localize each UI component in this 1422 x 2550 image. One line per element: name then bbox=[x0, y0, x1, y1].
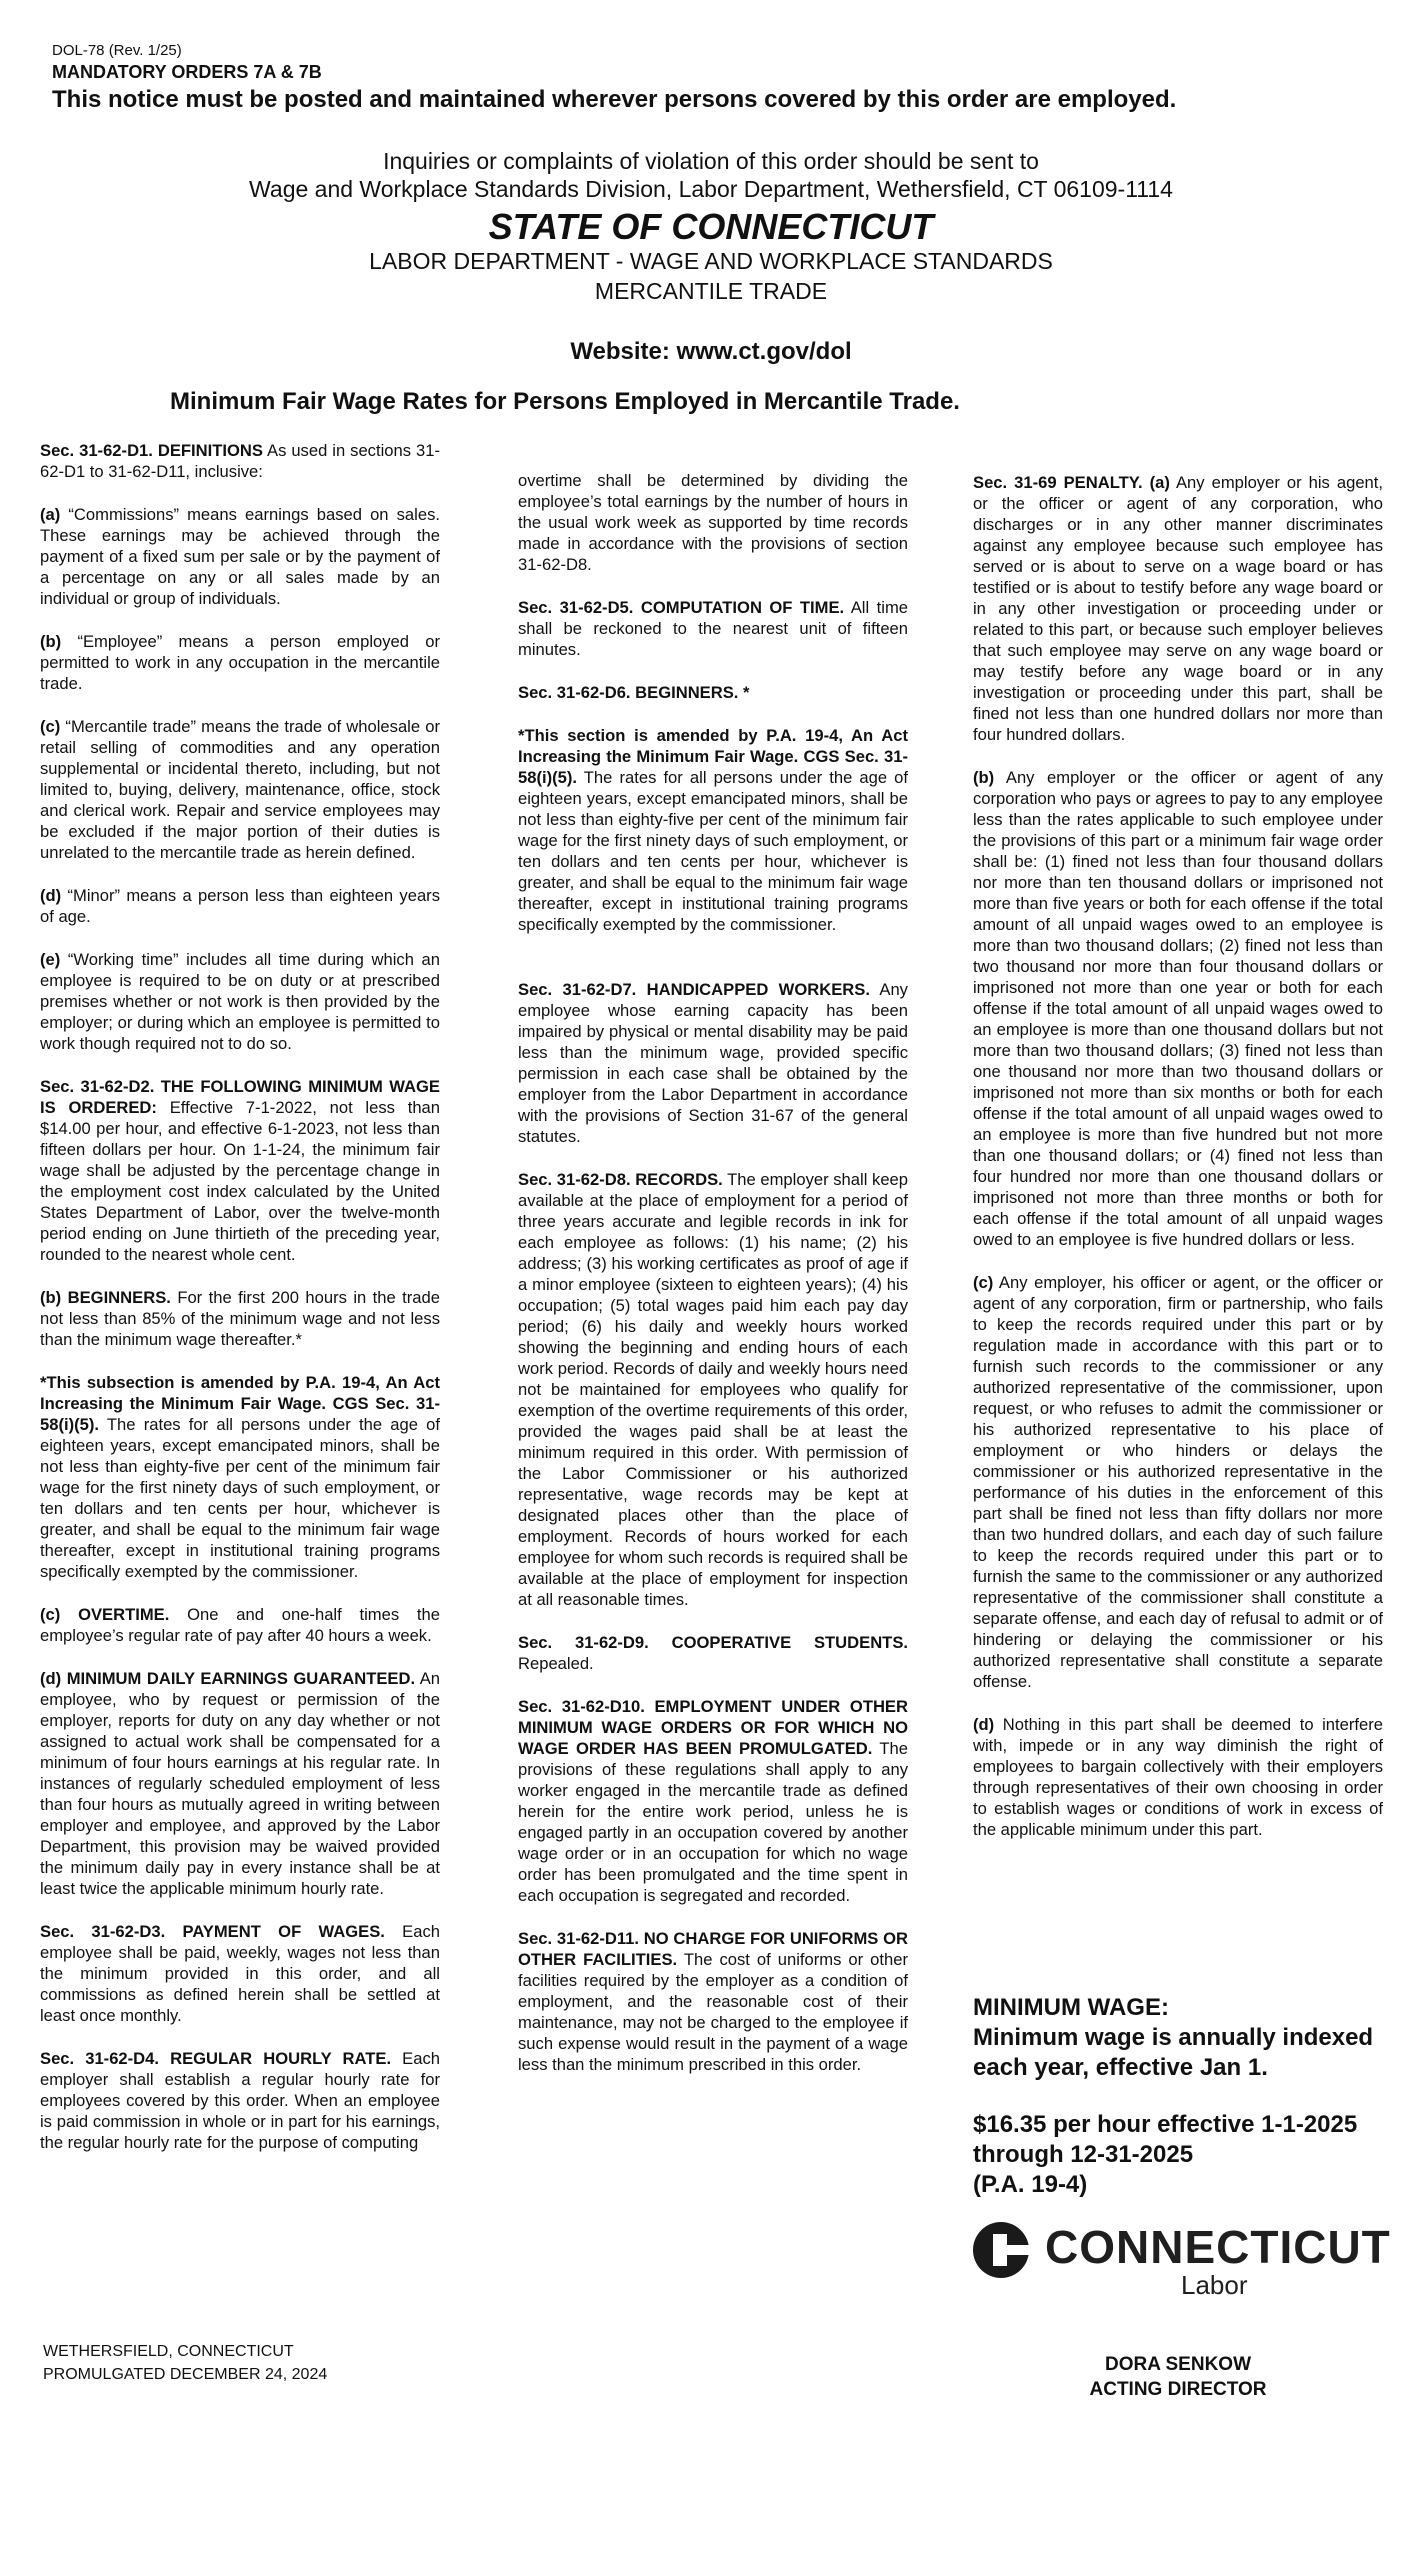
section-d2: Sec. 31-62-D2. THE FOLLOWING MINIMUM WAG… bbox=[40, 1076, 440, 1265]
section-text: The employer shall keep available at the… bbox=[518, 1170, 908, 1609]
section-heading: Sec. 31-62-D4. REGULAR HOURLY RATE. bbox=[40, 2049, 391, 2068]
amendment-note: *This subsection is amended by P.A. 19-4… bbox=[40, 1372, 440, 1582]
minimum-wage-note-1: Minimum wage is annually indexed bbox=[973, 2023, 1373, 2053]
penalty-c: (c) Any employer, his officer or agent, … bbox=[973, 1272, 1383, 1692]
section-d3: Sec. 31-62-D3. PAYMENT OF WAGES. Each em… bbox=[40, 1921, 440, 2026]
logo-wordmark: CONNECTICUT bbox=[1045, 2220, 1391, 2274]
definition-e: (e) “Working time” includes all time dur… bbox=[40, 949, 440, 1054]
signer-title: ACTING DIRECTOR bbox=[973, 2378, 1383, 2402]
section-text: Nothing in this part shall be deemed to … bbox=[973, 1715, 1383, 1839]
section-heading: Sec. 31-62-D3. PAYMENT OF WAGES. bbox=[40, 1922, 385, 1941]
section-text: The provisions of these regulations shal… bbox=[518, 1739, 908, 1905]
section-text: Any employee whose earning capacity has … bbox=[518, 980, 908, 1146]
section-text: “Working time” includes all time during … bbox=[40, 950, 440, 1053]
section-text: Repealed. bbox=[518, 1654, 594, 1673]
section-text: Effective 7-1-2022, not less than $14.00… bbox=[40, 1098, 440, 1264]
section-heading: (c) bbox=[973, 1273, 993, 1292]
section-d2-beginners: (b) BEGINNERS. For the first 200 hours i… bbox=[40, 1287, 440, 1350]
page-subtitle: Minimum Fair Wage Rates for Persons Empl… bbox=[170, 388, 960, 416]
section-d7: Sec. 31-62-D7. HANDICAPPED WORKERS. Any … bbox=[518, 979, 908, 1147]
section-text: Any employer, his officer or agent, or t… bbox=[973, 1273, 1383, 1691]
definition-a: (a) “Commissions” means earnings based o… bbox=[40, 504, 440, 609]
section-d4: Sec. 31-62-D4. REGULAR HOURLY RATE. Each… bbox=[40, 2048, 440, 2153]
inquiries-line-2: Wage and Workplace Standards Division, L… bbox=[0, 176, 1422, 203]
section-heading: (c) bbox=[40, 717, 60, 736]
column-left: Sec. 31-62-D1. DEFINITIONS As used in se… bbox=[40, 440, 440, 2153]
section-d5: Sec. 31-62-D5. COMPUTATION OF TIME. All … bbox=[518, 597, 908, 660]
rate-amount: $16.35 per hour effective 1-1-2025 bbox=[973, 2110, 1357, 2140]
penalty-a: Sec. 31-69 PENALTY. (a) Any employer or … bbox=[973, 472, 1383, 745]
definition-b: (b) “Employee” means a person employed o… bbox=[40, 631, 440, 694]
section-heading: Sec. 31-62-D8. RECORDS. bbox=[518, 1170, 723, 1189]
section-d9: Sec. 31-62-D9. COOPERATIVE STUDENTS. Rep… bbox=[518, 1632, 908, 1674]
definition-d: (d) “Minor” means a person less than eig… bbox=[40, 885, 440, 927]
section-heading: Sec. 31-62-D7. HANDICAPPED WORKERS. bbox=[518, 980, 870, 999]
mandatory-orders: MANDATORY ORDERS 7A & 7B bbox=[52, 62, 322, 83]
rate-reference: (P.A. 19-4) bbox=[973, 2170, 1357, 2200]
section-d6: Sec. 31-62-D6. BEGINNERS. * bbox=[518, 682, 908, 703]
signer-name: DORA SENKOW bbox=[973, 2353, 1383, 2377]
section-d11: Sec. 31-62-D11. NO CHARGE FOR UNIFORMS O… bbox=[518, 1928, 908, 2075]
rate-period: through 12-31-2025 bbox=[973, 2140, 1357, 2170]
footer-location: WETHERSFIELD, CONNECTICUT PROMULGATED DE… bbox=[43, 2340, 327, 2386]
section-text: An employee, who by request or permissio… bbox=[40, 1669, 440, 1898]
footer-city: WETHERSFIELD, CONNECTICUT bbox=[43, 2340, 327, 2363]
section-text: Any employer or his agent, or the office… bbox=[973, 473, 1383, 744]
penalty-d: (d) Nothing in this part shall be deemed… bbox=[973, 1714, 1383, 1840]
section-heading: Sec. 31-62-D9. COOPERATIVE STUDENTS. bbox=[518, 1633, 908, 1652]
section-d6-amendment: *This section is amended by P.A. 19-4, A… bbox=[518, 725, 908, 935]
section-heading: (d) bbox=[973, 1715, 994, 1734]
trade-name: MERCANTILE TRADE bbox=[0, 278, 1422, 305]
minimum-wage-heading: MINIMUM WAGE: Minimum wage is annually i… bbox=[973, 1993, 1373, 2083]
ct-logo-mark-icon bbox=[973, 2222, 1029, 2278]
column-right: Sec. 31-69 PENALTY. (a) Any employer or … bbox=[973, 472, 1383, 1862]
section-heading: (c) OVERTIME. bbox=[40, 1605, 169, 1624]
department-name: LABOR DEPARTMENT - WAGE AND WORKPLACE ST… bbox=[0, 248, 1422, 275]
section-d4-continued: overtime shall be determined by dividing… bbox=[518, 470, 908, 575]
section-heading: (a) bbox=[40, 505, 60, 524]
section-text: Any employer or the officer or agent of … bbox=[973, 768, 1383, 1249]
inquiries-line-1: Inquiries or complaints of violation of … bbox=[0, 148, 1422, 175]
section-heading: (d) MINIMUM DAILY EARNINGS GUARANTEED. bbox=[40, 1669, 415, 1688]
state-title: STATE OF CONNECTICUT bbox=[0, 206, 1422, 248]
column-middle: overtime shall be determined by dividing… bbox=[518, 470, 908, 2097]
section-d2-daily-earnings: (d) MINIMUM DAILY EARNINGS GUARANTEED. A… bbox=[40, 1668, 440, 1899]
logo-subtext: Labor bbox=[1181, 2270, 1248, 2301]
section-heading: (b) bbox=[40, 632, 61, 651]
section-text: The rates for all persons under the age … bbox=[40, 1415, 440, 1581]
section-heading: Sec. 31-62-D1. DEFINITIONS bbox=[40, 441, 263, 460]
section-text: overtime shall be determined by dividing… bbox=[518, 471, 908, 574]
ct-labor-logo: CONNECTICUT Labor bbox=[973, 2218, 1383, 2298]
section-text: “Minor” means a person less than eightee… bbox=[40, 886, 440, 926]
section-text: “Mercantile trade” means the trade of wh… bbox=[40, 717, 440, 862]
section-text: The rates for all persons under the age … bbox=[518, 768, 908, 934]
minimum-wage-rate: $16.35 per hour effective 1-1-2025 throu… bbox=[973, 2110, 1357, 2200]
section-d10: Sec. 31-62-D10. EMPLOYMENT UNDER OTHER M… bbox=[518, 1696, 908, 1906]
posting-notice: This notice must be posted and maintaine… bbox=[52, 86, 1176, 114]
minimum-wage-note-2: each year, effective Jan 1. bbox=[973, 2053, 1373, 2083]
section-heading: (b) BEGINNERS. bbox=[40, 1288, 171, 1307]
section-heading: (e) bbox=[40, 950, 60, 969]
definition-c: (c) “Mercantile trade” means the trade o… bbox=[40, 716, 440, 863]
section-heading: Sec. 31-62-D10. EMPLOYMENT UNDER OTHER M… bbox=[518, 1697, 908, 1758]
section-d2-overtime: (c) OVERTIME. One and one-half times the… bbox=[40, 1604, 440, 1646]
section-text: “Commissions” means earnings based on sa… bbox=[40, 505, 440, 608]
section-d8: Sec. 31-62-D8. RECORDS. The employer sha… bbox=[518, 1169, 908, 1610]
section-heading: (b) bbox=[973, 768, 994, 787]
section-d1: Sec. 31-62-D1. DEFINITIONS As used in se… bbox=[40, 440, 440, 482]
section-text: “Employee” means a person employed or pe… bbox=[40, 632, 440, 693]
minimum-wage-title: MINIMUM WAGE: bbox=[973, 1993, 1373, 2023]
section-heading: Sec. 31-69 PENALTY. (a) bbox=[973, 473, 1170, 492]
section-heading: Sec. 31-62-D5. COMPUTATION OF TIME. bbox=[518, 598, 844, 617]
penalty-b: (b) Any employer or the officer or agent… bbox=[973, 767, 1383, 1250]
website-link[interactable]: Website: www.ct.gov/dol bbox=[0, 338, 1422, 366]
section-heading: (d) bbox=[40, 886, 61, 905]
section-heading: Sec. 31-62-D6. BEGINNERS. * bbox=[518, 683, 749, 702]
footer-promulgated-date: PROMULGATED DECEMBER 24, 2024 bbox=[43, 2363, 327, 2386]
form-id: DOL-78 (Rev. 1/25) bbox=[52, 42, 182, 59]
